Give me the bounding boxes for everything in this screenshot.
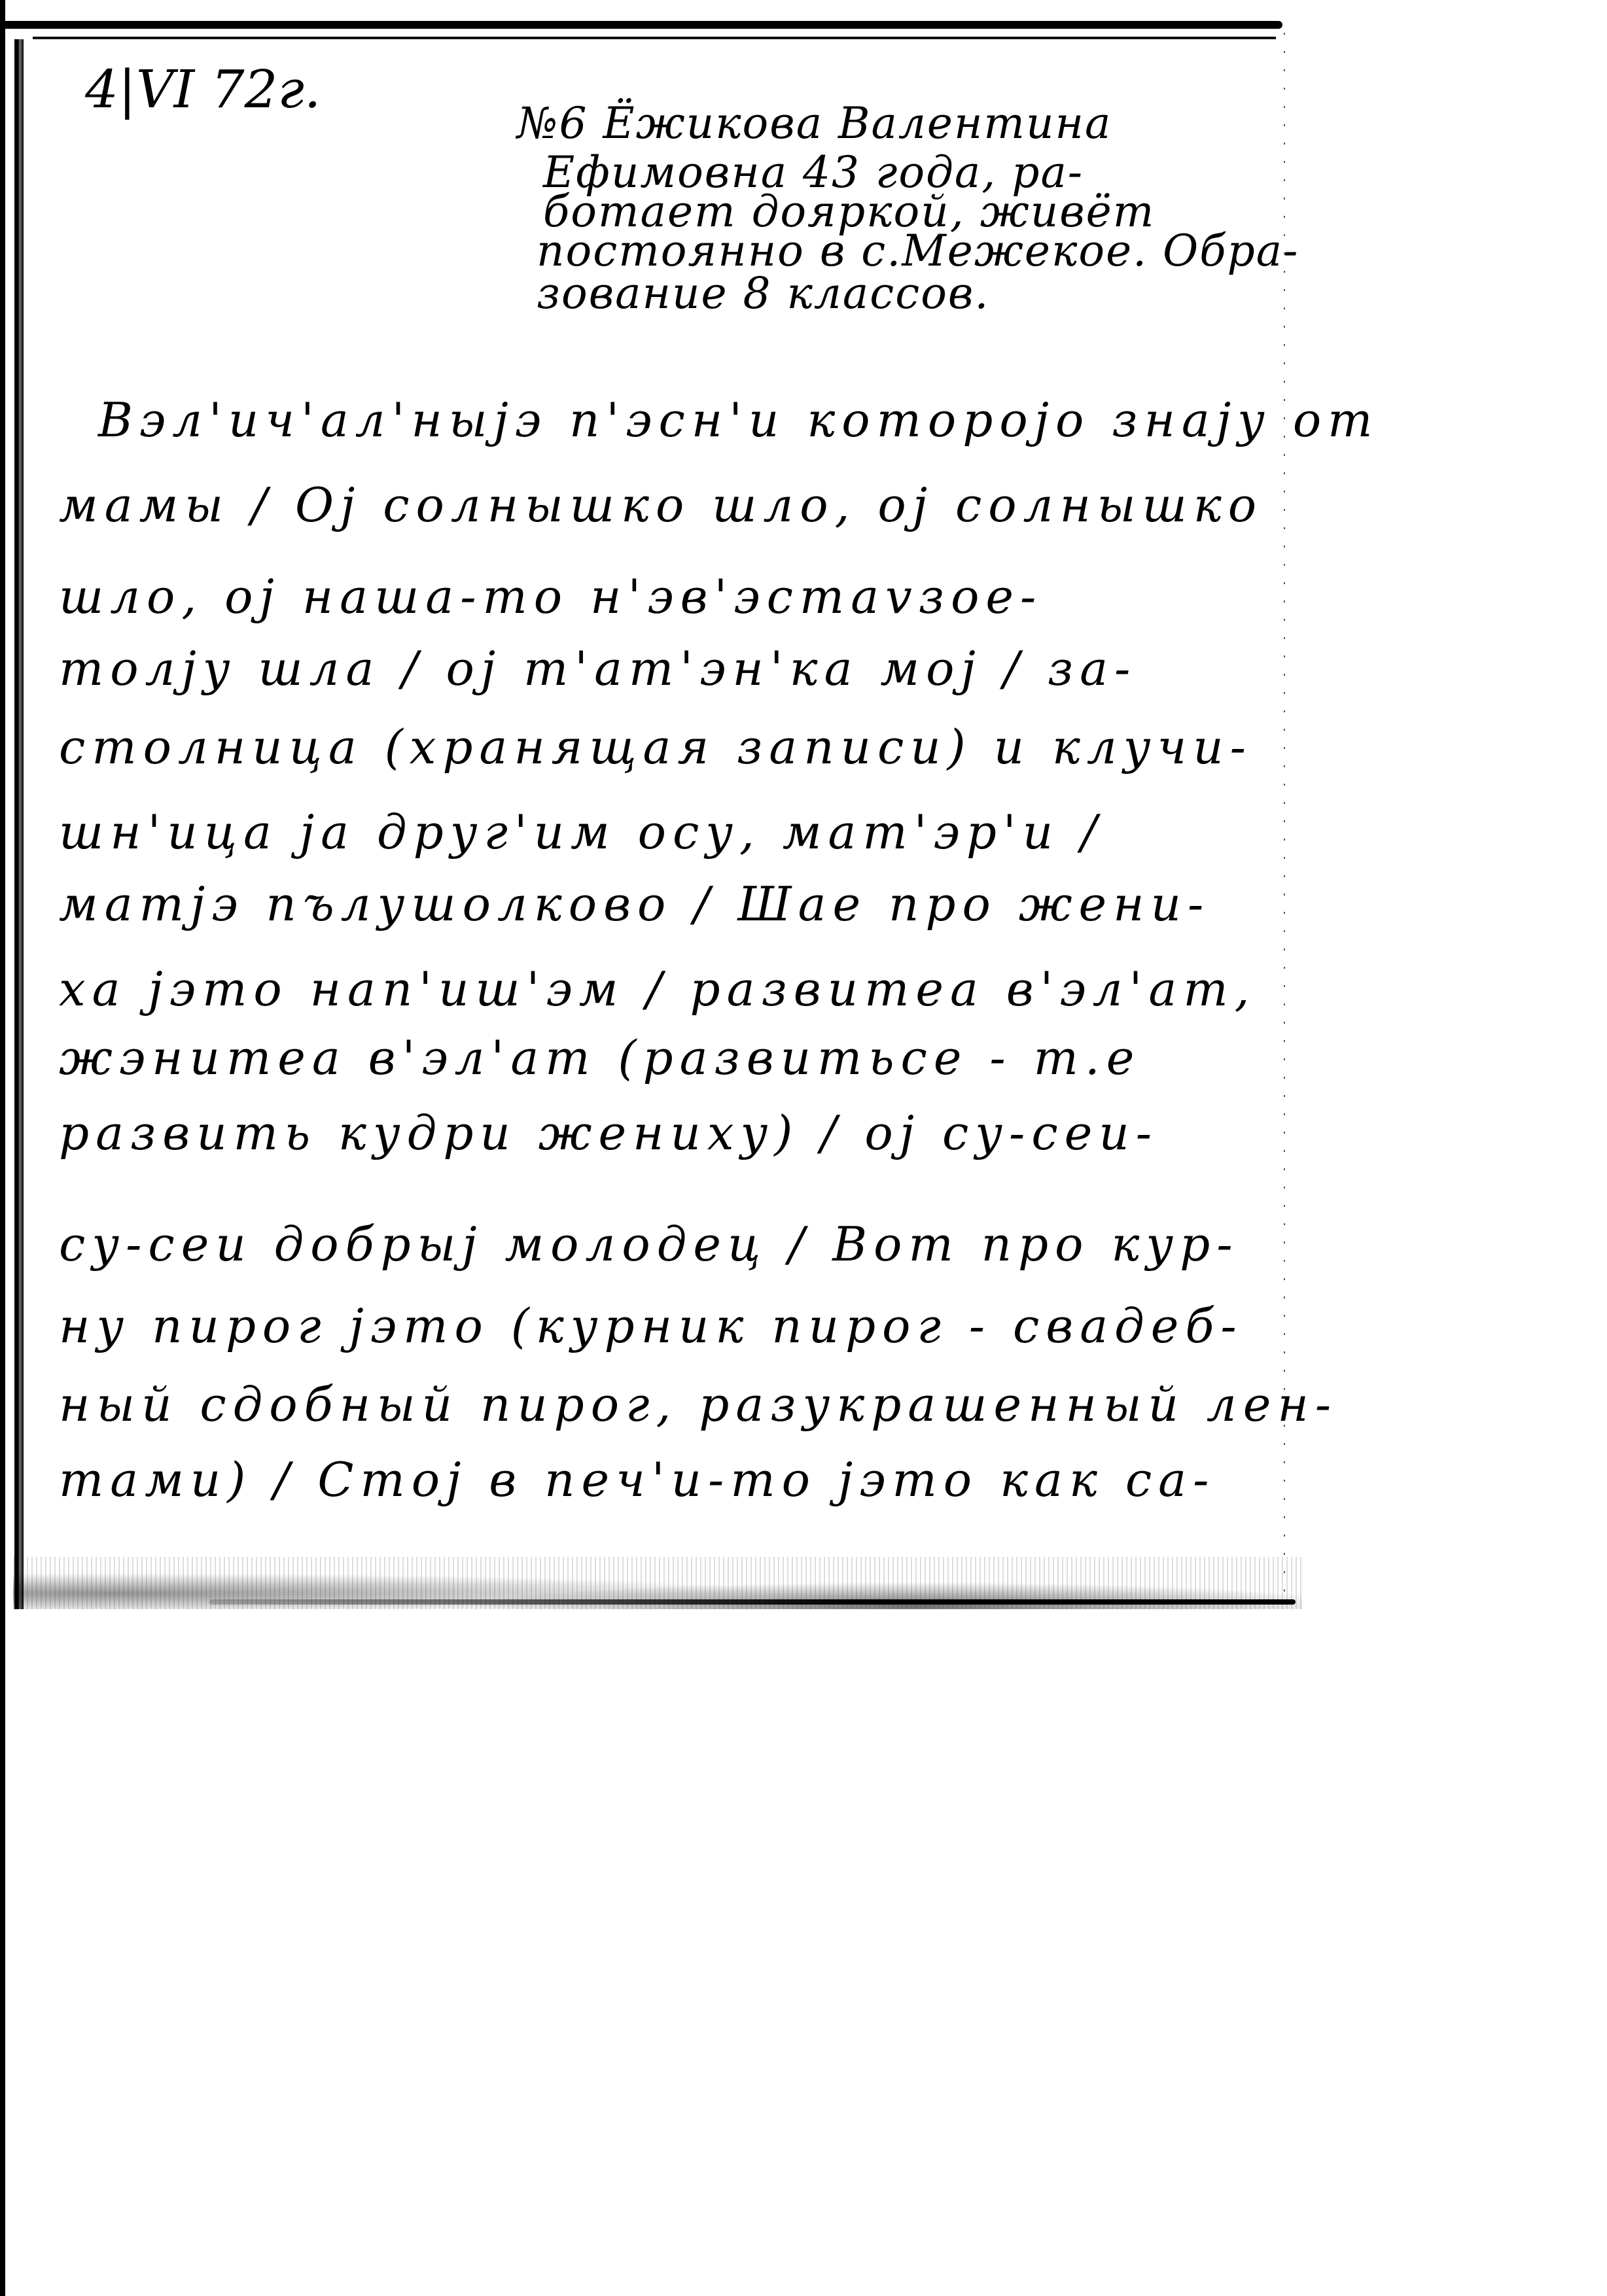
- transcription-line: жэнитеа в'эл'ат (развитьсе - т.е: [59, 1030, 1140, 1085]
- transcription-line: матјэ пълушолково / Шае про жени-: [59, 877, 1210, 931]
- notebook-top-rule: [33, 37, 1276, 39]
- notebook-bottom-edge: [209, 1599, 1296, 1605]
- notebook-top-edge: [0, 21, 1282, 29]
- scan-left-border: [0, 0, 5, 2296]
- transcription-line: шн'ица ја друг'им осу, мат'эр'и /: [59, 805, 1103, 860]
- notebook-binding: [14, 39, 24, 1609]
- transcription-line: толју шла / ој т'ат'эн'ка мој / за-: [59, 641, 1137, 696]
- header-line: зование 8 классов.: [537, 268, 989, 319]
- transcription-line: су-сеи добрыј молодец / Вот про кур-: [59, 1217, 1239, 1272]
- transcription-line: мамы / Ој солнышко шло, ој солнышко: [59, 478, 1263, 532]
- transcription-line: ха јэто нап'иш'эм / развитеа в'эл'ат,: [59, 962, 1256, 1017]
- transcription-line: Вэл'ич'ал'ныјэ п'эсн'и которојо знају от: [98, 392, 1379, 447]
- transcription-line: столница (хранящая записи) и клучи-: [59, 720, 1252, 774]
- transcription-line: шло, ој наша-то н'эв'эстаvзое-: [59, 569, 1042, 624]
- transcription-line: развить кудри жениху) / ој су-сеи-: [59, 1105, 1158, 1160]
- transcription-line: ну пирог јэто (курник пирог - свадеб-: [59, 1298, 1243, 1353]
- header-line: №6 Ёжикова Валентина: [517, 98, 1112, 148]
- scanned-notebook-page: 4|VI 72г. №6 Ёжикова Валентина Ефимовна …: [0, 0, 1607, 2296]
- transcription-line: тами) / Стој в печ'и-то јэто как са-: [59, 1452, 1215, 1507]
- transcription-line: ный сдобный пирог, разукрашенный лен-: [59, 1377, 1337, 1432]
- entry-date: 4|VI 72г.: [85, 59, 321, 120]
